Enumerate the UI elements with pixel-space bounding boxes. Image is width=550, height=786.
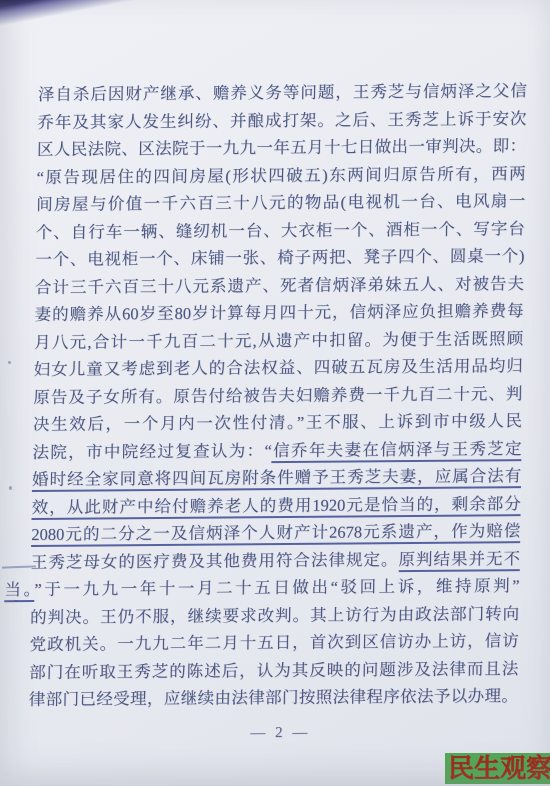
text-segment: 律部门已经受理，应继续由法律部门按照法律程序依法予以办理。: [29, 686, 518, 709]
text-segment: 法院，市中院经过复查认为：“: [32, 441, 272, 462]
photo-corner-shadow: [0, 0, 170, 60]
ink-speck: [14, 600, 18, 602]
text-line: 王秀芝母女的医疗费及其他费用符合法律规定。原判结果并无不: [31, 545, 520, 576]
text-line: 法院，市中院经过复查认为：“信乔年夫妻在信炳泽与王秀芝定: [32, 435, 521, 466]
watermark-badge: 民生观察: [445, 753, 550, 784]
text-segment: 区人民法院、区法院于一九九一年五月十七日做出一审判决。即：: [37, 136, 526, 159]
text-segment: 部门在听取王秀芝的陈述后，认为其反映的问题涉及法律而且法: [29, 659, 518, 682]
text-segment: 一个、电视柜一个、床铺一张、椅子两把、凳子四个、圆桌一个): [35, 246, 524, 269]
watermark-text: 民生观察: [448, 756, 550, 782]
text-segment: 妻的赡养从60岁至80岁计算每月四十元，信炳泽应负担赡养费每: [34, 301, 523, 324]
text-line: 决生效后，一个月内一次性付清。”王不服、上诉到市中级人民: [33, 407, 522, 438]
ink-speck: [8, 361, 11, 364]
page-number: — 2 —: [250, 720, 310, 748]
text-line: 的判决。王仍不服，继续要求改判。其上访行为由政法部门转向: [30, 600, 519, 631]
text-segment: 决生效后，一个月内一次性付清。”王不服、上诉到市中级人民: [33, 411, 522, 434]
text-line: 乔年及其家人发生纠纷、并酿成打架。之后、王秀芝上诉于安次: [37, 105, 526, 136]
text-line: 当。”于一九九一年十一月二十五日做出“驳回上诉，维持原判”: [4, 572, 519, 604]
text-segment: ”于一九九一年十一月二十五日做出“驳回上诉，维持原判”: [34, 576, 519, 599]
text-line: 妻的赡养从60岁至80岁计算每月四十元，信炳泽应负担赡养费每: [34, 297, 523, 328]
text-line: 党政机关。一九九二年二月十五日，首次到区信访办上访，信访: [29, 627, 518, 658]
text-line: 间房屋与价值一千六百三十八元的物品(电视机一台、电风扇一: [36, 187, 525, 218]
text-segment: 妇女儿童又考虑到老人的合法权益、四破五瓦房及生活用品均归: [34, 356, 523, 379]
text-line: 效，从此财产中给付赡养老人的费用1920元是恰当的，剩余部分: [31, 490, 520, 521]
text-line: 区人民法院、区法院于一九九一年五月十七日做出一审判决。即：: [37, 132, 526, 163]
text-segment: 原告及子女所有。原告付给被告夫妇赡养费一千九百二十元、判: [33, 384, 522, 407]
ink-speck: [9, 486, 12, 490]
text-line: 月八元,合计一千九百二十元,从遗产中扣留。为便于生活既照顾: [34, 325, 523, 356]
text-segment: 王秀芝母女的医疗费及其他费用符合法律规定。: [31, 550, 399, 572]
text-line: 泽自杀后因财产继承、赡养义务等问题，王秀芝与信炳泽之父信: [38, 77, 527, 108]
text-segment: 泽自杀后因财产继承、赡养义务等问题，王秀芝与信炳泽之父信: [38, 81, 527, 104]
text-line: 部门在听取王秀芝的陈述后，认为其反映的问题涉及法律而且法: [29, 655, 518, 686]
text-line: 个、自行车一辆、缝纫机一台、大衣柜一个、酒柜一个、写字台: [36, 215, 525, 246]
text-segment: 的判决。王仍不服，继续要求改判。其上访行为由政法部门转向: [30, 604, 519, 627]
text-segment: 间房屋与价值一千六百三十八元的物品(电视机一台、电风扇一: [36, 191, 525, 214]
underlined-text: 效，从此财产中给付赡养老人的费用1920元是恰当的，剩余部分: [31, 494, 520, 520]
text-segment: 党政机关。一九九二年二月十五日，首次到区信访办上访，信访: [29, 631, 518, 654]
paper-sheet: 泽自杀后因财产继承、赡养义务等问题，王秀芝与信炳泽之父信乔年及其家人发生纠纷、并…: [0, 0, 550, 786]
text-line: 妇女儿童又考虑到老人的合法权益、四破五瓦房及生活用品均归: [34, 352, 523, 383]
underlined-text: 信乔年夫妻在信炳泽与王秀芝定: [272, 439, 522, 463]
text-segment: “原告现居住的四间房屋(形状四破五)东两间归原告所有，西两: [36, 164, 525, 187]
text-line: 2080元的二分之一及信炳泽个人财产计2678元系遗产，作为赔偿: [31, 517, 520, 548]
text-segment: 合计三千六百三十八元系遗产、死者信炳泽弟妹五人、对被告夫: [35, 274, 524, 297]
text-line: 合计三千六百三十八元系遗产、死者信炳泽弟妹五人、对被告夫: [35, 270, 524, 301]
text-line: 律部门已经受理，应继续由法律部门按照法律程序依法予以办理。: [29, 682, 518, 713]
text-line: “原告现居住的四间房屋(形状四破五)东两间归原告所有，西两: [36, 160, 525, 191]
underlined-text: 当。: [4, 580, 34, 602]
underlined-text: 2080元的二分之一及信炳泽个人财产计2678元系遗产，作为赔偿: [31, 521, 520, 547]
text-segment: 月八元,合计一千九百二十元,从遗产中扣留。为便于生活既照顾: [34, 329, 523, 352]
text-line: 一个、电视柜一个、床铺一张、椅子两把、凳子四个、圆桌一个): [35, 242, 524, 273]
document-text: 泽自杀后因财产继承、赡养义务等问题，王秀芝与信炳泽之父信乔年及其家人发生纠纷、并…: [29, 77, 527, 713]
text-segment: 乔年及其家人发生纠纷、并酿成打架。之后、王秀芝上诉于安次: [37, 109, 526, 132]
text-line: 原告及子女所有。原告付给被告夫妇赡养费一千九百二十元、判: [33, 380, 522, 411]
underlined-text: 婚时经全家同意将四间瓦房附条件赠予王秀芝夫妻，应属合法有: [32, 466, 521, 492]
text-line: 婚时经全家同意将四间瓦房附条件赠予王秀芝夫妻，应属合法有: [32, 462, 521, 493]
text-segment: 个、自行车一辆、缝纫机一台、大衣柜一个、酒柜一个、写字台: [36, 219, 525, 242]
document-lines: 泽自杀后因财产继承、赡养义务等问题，王秀芝与信炳泽之父信乔年及其家人发生纠纷、并…: [29, 77, 527, 713]
underlined-text: 原判结果并无不: [398, 549, 520, 572]
